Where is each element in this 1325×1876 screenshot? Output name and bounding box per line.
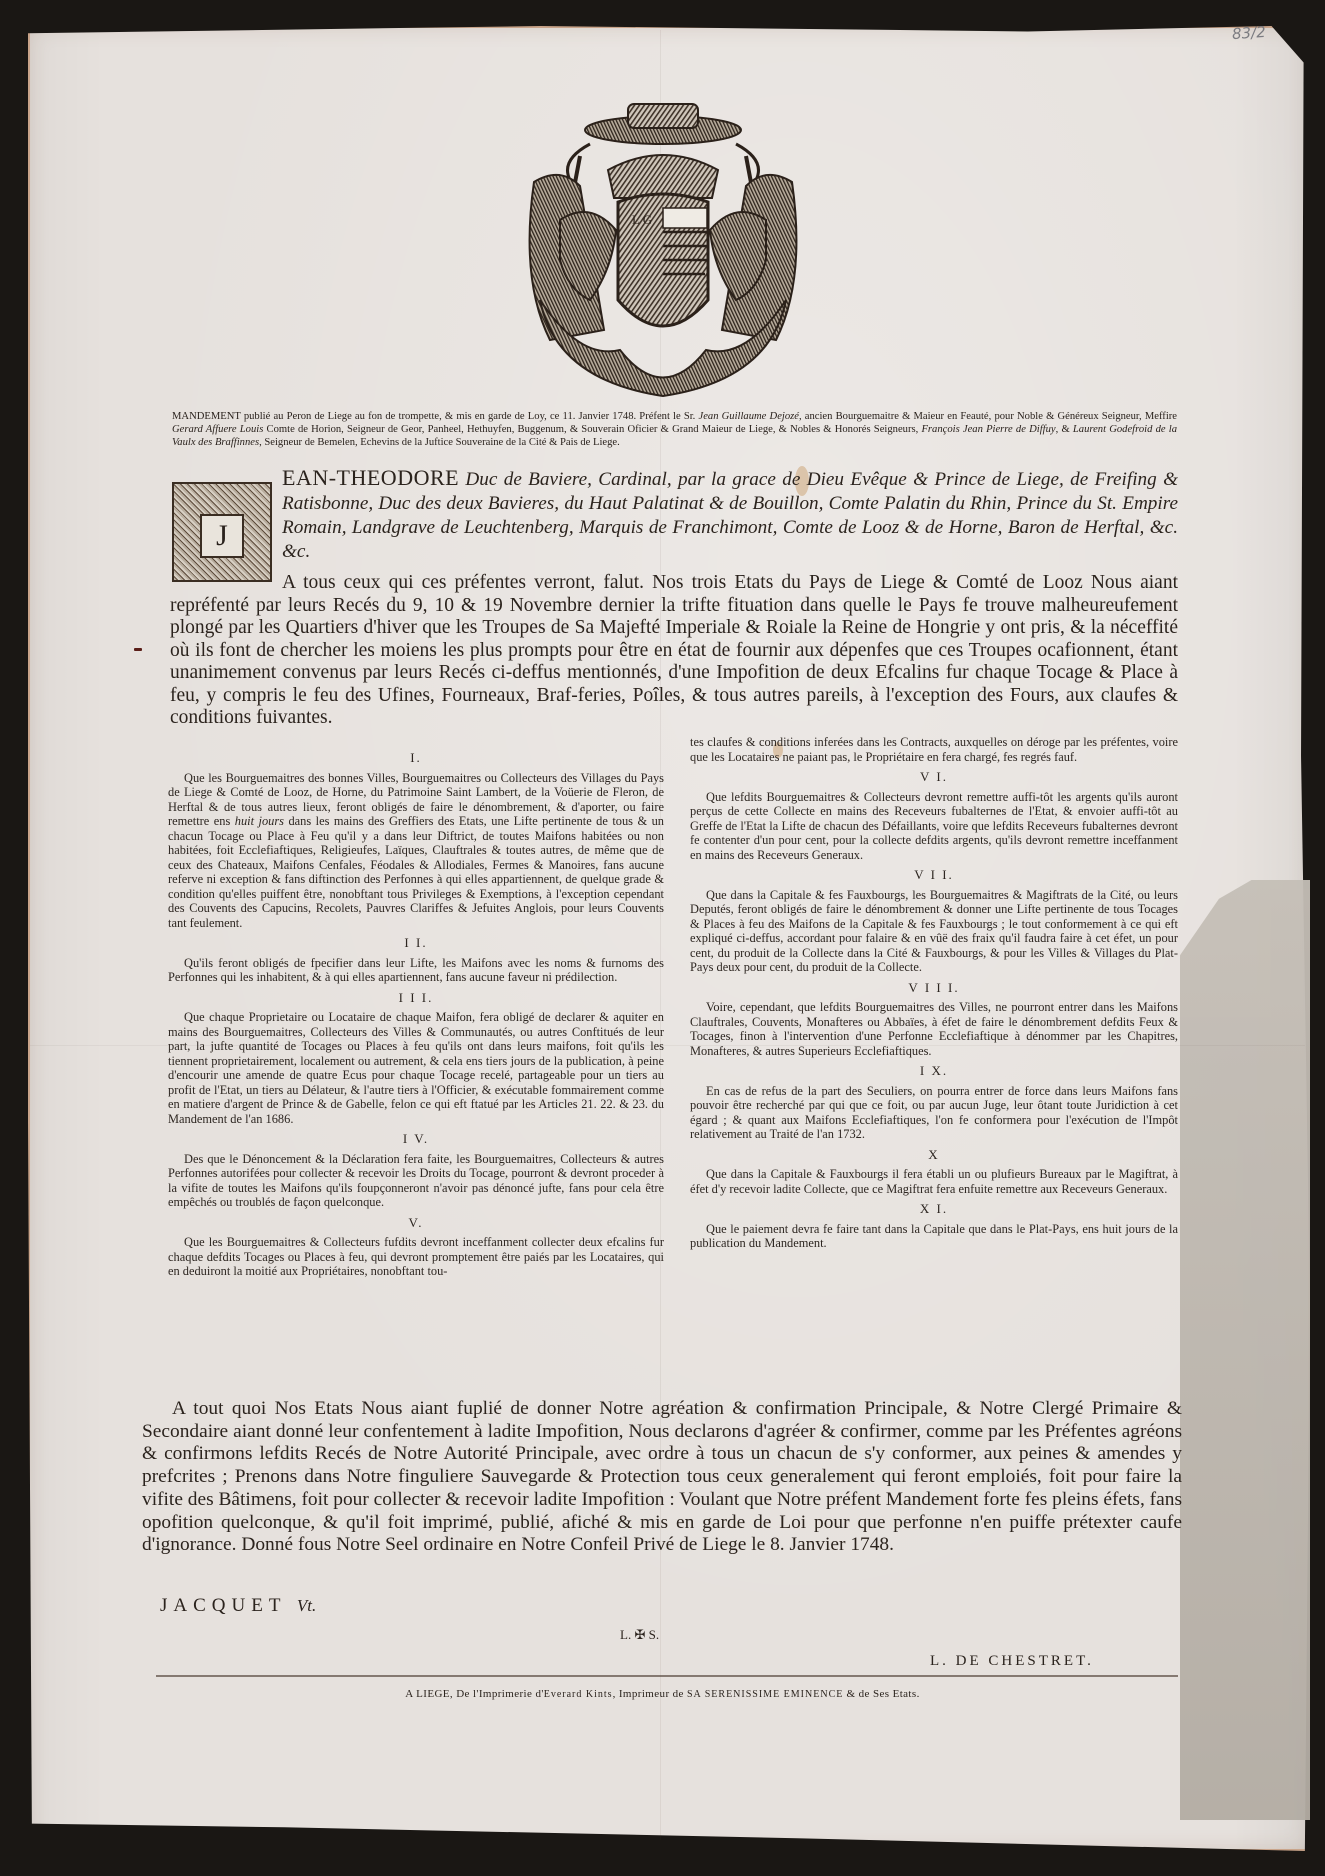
article-number: V I. — [690, 770, 1178, 785]
mandement-name: Jean Guillaume Dejozé — [699, 411, 799, 422]
imprint-patron: SA SERENISSIME EMINENCE — [687, 1689, 843, 1700]
mandement-name: Gerard Affuere Louis — [172, 424, 263, 435]
article-text: Que les Bourguemaitres des bonnes Villes… — [168, 771, 664, 931]
closing-paragraph: A tout quoi Nos Etats Nous aiant fuplié … — [142, 1398, 1182, 1557]
article-text: Voire, cependant, que lefdits Bourguemai… — [690, 1000, 1178, 1058]
article-text: En cas de refus de la part des Seculiers… — [690, 1084, 1178, 1142]
signatory-suffix: Vt. — [297, 1596, 316, 1615]
article-number: I. — [168, 751, 664, 766]
closing-text: A tout quoi Nos Etats Nous aiant fuplié … — [142, 1398, 1182, 1557]
article-number: I X. — [690, 1064, 1178, 1079]
imprint-text: , Imprimeur de — [613, 1688, 687, 1700]
mandement-text: Comte de Horion, Seigneur de Geor, Panhe… — [263, 424, 921, 435]
article-text: Que chaque Proprietaire ou Locataire de … — [168, 1010, 664, 1126]
signature-jacquet: JACQUET Vt. — [160, 1595, 316, 1617]
footer-rule — [156, 1675, 1178, 1677]
mandement-text: , ancien Bourguemaitre & Maieur en Feaut… — [799, 411, 1177, 422]
article-continuation: tes claufes & conditions inferées dans l… — [690, 735, 1178, 764]
article-text: Des que le Dénoncement & la Déclaration … — [168, 1152, 664, 1210]
article-number: I V. — [168, 1132, 664, 1147]
article-text: Que lefdits Bourguemaitres & Collecteurs… — [690, 790, 1178, 863]
article-number: I I I. — [168, 991, 664, 1006]
svg-text:L G: L G — [632, 212, 652, 227]
mandement-header: MANDEMENT publié au Peron de Liege au fo… — [172, 410, 1177, 449]
preamble-text: A tous ceux qui ces préfentes verront, f… — [170, 572, 1178, 730]
articles-left-column: I. Que les Bourguemaitres des bonnes Vil… — [168, 745, 664, 1283]
imprint-text: A LIEGE, De l'Imprimerie d' — [405, 1688, 543, 1700]
article-number: I I. — [168, 936, 664, 951]
article-text: Qu'ils feront obligés de fpecifier dans … — [168, 956, 664, 985]
mandement-text: publié au Peron de Liege au fon de tromp… — [241, 411, 699, 422]
article-number: V I I. — [690, 868, 1178, 883]
article-number: V I I I. — [690, 981, 1178, 996]
article-text-part: dans les mains des Greffiers des Etats, … — [168, 814, 664, 930]
article-text: Que dans la Capitale & Fauxbourgs il fer… — [690, 1167, 1178, 1196]
decorated-initial: J — [172, 482, 272, 582]
printer-imprint: A LIEGE, De l'Imprimerie d'Everard Kints… — [0, 1688, 1325, 1700]
mandement-lead: MANDEMENT — [172, 411, 241, 422]
mandement-text: , & — [1056, 424, 1073, 435]
signatory-name: JACQUET — [160, 1595, 286, 1616]
article-text: Que le paiement devra fe faire tant dans… — [690, 1222, 1178, 1251]
initial-letter: J — [200, 514, 244, 558]
mandement-name: François Jean Pierre de Diffuy — [921, 424, 1055, 435]
article-number: X — [690, 1148, 1178, 1163]
article-text: Que dans la Capitale & fes Fauxbourgs, l… — [690, 888, 1178, 975]
issuer-title: EAN-THEODORE Duc de Baviere, Cardinal, p… — [282, 466, 1178, 564]
article-text-italic: huit jours — [235, 814, 284, 828]
signature-chestret: L. DE CHESTRET. — [930, 1653, 1094, 1670]
imprint-text: & de Ses Etats. — [843, 1688, 919, 1700]
seal-mark: L. ✠ S. — [620, 1627, 659, 1643]
coat-of-arms-icon: L G — [520, 100, 806, 400]
article-number: V. — [168, 1216, 664, 1231]
article-number: X I. — [690, 1202, 1178, 1217]
margin-ink-mark — [134, 648, 142, 651]
preamble: A tous ceux qui ces préfentes verront, f… — [170, 572, 1178, 730]
imprint-printer: Everard Kints — [544, 1689, 613, 1700]
articles-right-column: tes claufes & conditions inferées dans l… — [690, 735, 1178, 1255]
archive-number: 83/2 — [1231, 23, 1266, 43]
article-text: Que les Bourguemaitres & Collecteurs fuf… — [168, 1235, 664, 1279]
mandement-text: , Seigneur de Bemelen, Echevins de la Ju… — [259, 437, 620, 448]
paper-repair-patch — [1180, 880, 1310, 1820]
issuer-name: EAN-THEODORE — [282, 465, 459, 490]
